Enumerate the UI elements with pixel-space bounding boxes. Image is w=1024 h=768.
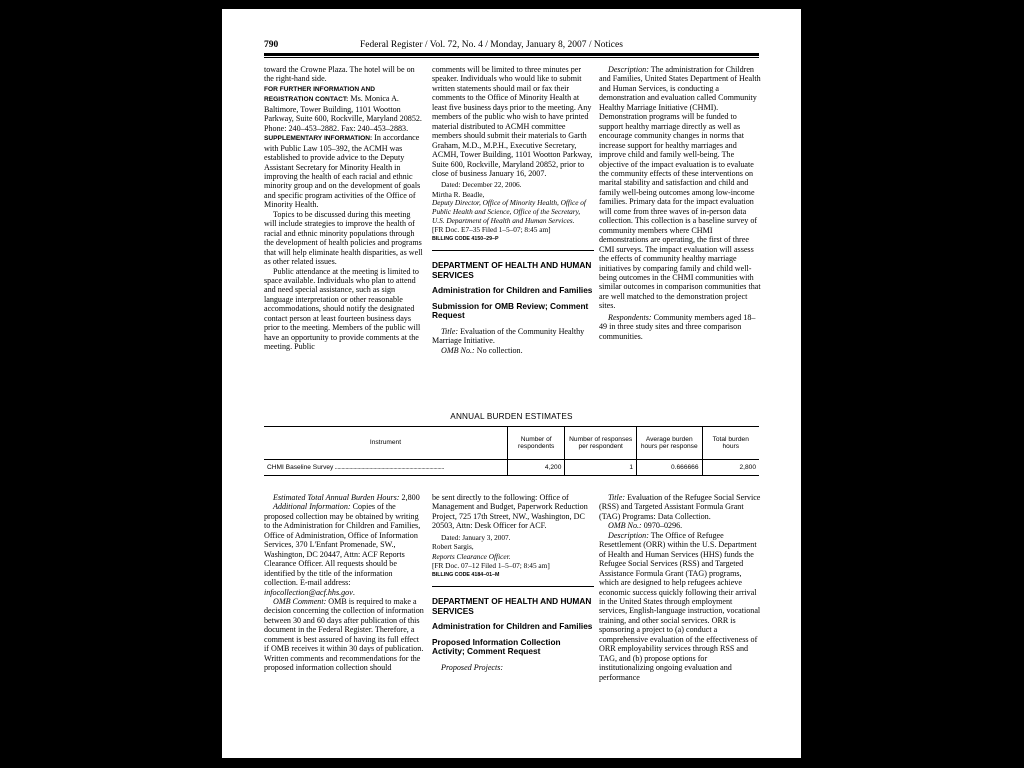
additional-info-text: Copies of the proposed collection may be… [264, 502, 420, 587]
section-separator [432, 250, 594, 251]
billing-code: BILLING CODE 4150–29–P [432, 235, 594, 244]
title-label: Title: [441, 327, 458, 336]
header-rule-thick [264, 53, 759, 56]
omb-label: OMB No.: [608, 521, 642, 530]
omb-comment-paragraph: OMB Comment: OMB is required to make a d… [264, 597, 425, 673]
table-header-row: Instrument Number of respondents Number … [264, 427, 759, 460]
omb-text: 0970–0296. [642, 521, 682, 530]
omb-label: OMB No.: [441, 346, 475, 355]
annual-burden-table: Instrument Number of respondents Number … [264, 426, 759, 476]
table-title: ANNUAL BURDEN ESTIMATES [264, 412, 759, 421]
signer-title: Deputy Director, Office of Minority Heal… [432, 199, 594, 225]
running-title: Federal Register / Vol. 72, No. 4 / Mond… [360, 40, 623, 50]
paragraph: Public attendance at the meeting is limi… [264, 267, 425, 352]
dated-line: Dated: December 22, 2006. [432, 180, 594, 189]
description-label: Description: [608, 65, 649, 74]
burden-hours-text: 2,800 [400, 493, 420, 502]
supplementary-label: SUPPLEMENTARY INFORMATION: [264, 135, 372, 142]
title-label: Title: [608, 493, 625, 502]
page-number: 790 [264, 40, 278, 50]
department-heading: DEPARTMENT OF HEALTH AND HUMAN SERVICES [432, 261, 594, 280]
respondents-paragraph: Respondents: Community members aged 18–4… [599, 313, 761, 341]
paragraph: comments will be limited to three minute… [432, 65, 594, 178]
title-paragraph: Title: Evaluation of the Community Healt… [432, 327, 594, 346]
signer-name: Robert Sargis, [432, 542, 594, 551]
column-header: Number of respondents [507, 427, 564, 460]
description-paragraph: Description: The administration for Chil… [599, 65, 761, 311]
description-paragraph: Description: The Office of Refugee Reset… [599, 531, 761, 682]
signer-title: Reports Clearance Officer. [432, 552, 594, 561]
column-header: Instrument [264, 427, 507, 460]
description-text: The Office of Refugee Resettlement (ORR)… [599, 531, 760, 682]
proposed-projects-label: Proposed Projects: [441, 663, 503, 672]
paragraph: Topics to be discussed during this meeti… [264, 210, 425, 267]
omb-text: No collection. [475, 346, 523, 355]
instrument-cell: CHMI Baseline Survey ...................… [264, 460, 507, 476]
total-hours-cell: 2,800 [702, 460, 759, 476]
description-text: The administration for Children and Fami… [599, 65, 761, 310]
burden-hours-label: Estimated Total Annual Burden Hours: [273, 493, 400, 502]
title-paragraph: Title: Evaluation of the Refugee Social … [599, 493, 761, 521]
fr-doc-line: [FR Doc. E7–35 Filed 1–5–07; 8:45 am] [432, 225, 594, 234]
supplementary-paragraph: SUPPLEMENTARY INFORMATION: In accordance… [264, 133, 425, 210]
section-separator [432, 586, 594, 587]
responses-cell: 1 [565, 460, 637, 476]
column-header: Total burden hours [702, 427, 759, 460]
top-column-3: Description: The administration for Chil… [599, 65, 761, 341]
fr-doc-line: [FR Doc. 07–12 Filed 1–5–07; 8:45 am] [432, 561, 594, 570]
subject-heading: Submission for OMB Review; Comment Reque… [432, 302, 594, 321]
top-column-1: toward the Crowne Plaza. The hotel will … [264, 65, 425, 352]
omb-paragraph: OMB No.: No collection. [432, 346, 594, 355]
proposed-projects-paragraph: Proposed Projects: [432, 663, 594, 672]
burden-hours-paragraph: Estimated Total Annual Burden Hours: 2,8… [264, 493, 425, 502]
top-column-2: comments will be limited to three minute… [432, 65, 594, 355]
respondents-cell: 4,200 [507, 460, 564, 476]
description-label: Description: [608, 531, 649, 540]
bottom-column-1: Estimated Total Annual Burden Hours: 2,8… [264, 493, 425, 673]
additional-info-paragraph: Additional Information: Copies of the pr… [264, 502, 425, 597]
contact-paragraph: FOR FURTHER INFORMATION AND REGISTRATION… [264, 84, 425, 133]
bottom-column-2: be sent directly to the following: Offic… [432, 493, 594, 673]
department-heading: DEPARTMENT OF HEALTH AND HUMAN SERVICES [432, 597, 594, 616]
email-link[interactable]: infocollection@acf.hhs.gov [264, 588, 353, 597]
agency-heading: Administration for Children and Families [432, 286, 594, 296]
document-page: 790 Federal Register / Vol. 72, No. 4 / … [222, 9, 801, 758]
header-rule-thin [264, 57, 759, 58]
paragraph: toward the Crowne Plaza. The hotel will … [264, 65, 425, 84]
agency-heading: Administration for Children and Families [432, 622, 594, 632]
paragraph: be sent directly to the following: Offic… [432, 493, 594, 531]
additional-info-label: Additional Information: [273, 502, 351, 511]
omb-comment-text: OMB is required to make a decision conce… [264, 597, 424, 672]
billing-code: BILLING CODE 4184–01–M [432, 571, 594, 580]
annual-burden-table-block: ANNUAL BURDEN ESTIMATES Instrument Numbe… [264, 412, 759, 476]
column-header: Average burden hours per response [636, 427, 702, 460]
omb-comment-label: OMB Comment: [273, 597, 326, 606]
respondents-label: Respondents: [608, 313, 652, 322]
dated-line: Dated: January 3, 2007. [432, 533, 594, 542]
avg-hours-cell: 0.666666 [636, 460, 702, 476]
dot-leader: ........................................… [333, 464, 444, 471]
omb-paragraph: OMB No.: 0970–0296. [599, 521, 761, 530]
column-header: Number of responses per respondent [565, 427, 637, 460]
bottom-column-3: Title: Evaluation of the Refugee Social … [599, 493, 761, 682]
supplementary-text: In accordance with Public Law 105–392, t… [264, 133, 420, 209]
subject-heading: Proposed Information Collection Activity… [432, 638, 594, 657]
table-row: CHMI Baseline Survey ...................… [264, 460, 759, 476]
running-header: 790 Federal Register / Vol. 72, No. 4 / … [264, 40, 759, 54]
